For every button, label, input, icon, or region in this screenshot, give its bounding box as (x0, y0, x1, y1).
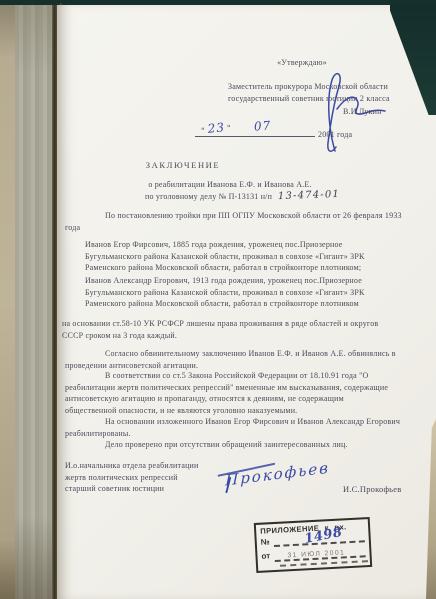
stamp-date-line-2 (280, 560, 368, 567)
stamp-number-label: № (261, 537, 270, 546)
paragraph-sentence: на основании ст.58-10 УК РСФСР лишены пр… (62, 318, 436, 341)
book-edge-tan (0, 5, 15, 599)
paragraph-person-2: Иванов Александр Егорович, 1913 года рож… (85, 275, 405, 310)
document-title: ЗАКЛЮЧЕНИЕ (103, 160, 263, 172)
book-edge-pages (15, 5, 52, 599)
handwritten-day: 23 (200, 119, 232, 136)
signoff-name: И.С.Прокофьев (343, 484, 436, 496)
title-case-line: по уголовному делу № П-13131 н/п13-474-0… (145, 191, 425, 203)
paragraph-law: В соответствии со ст.5 Закона Российской… (65, 370, 436, 416)
incoming-stamp: ПРИЛОЖЕНИЕ к вх. № 1498 от 31 ИЮЛ 2001 (254, 517, 372, 573)
document-page: «Утверждаю» Заместитель прокурора Москов… (57, 5, 436, 599)
approver-name: В.И.Лукин (343, 106, 423, 118)
paragraph-case-checked: Дело проверено при отсутствии обращений … (65, 439, 436, 451)
paragraph-accusation: Согласно обвинительному заключению Ивано… (65, 348, 435, 371)
handwritten-case-number: 13-474-01 (278, 189, 340, 203)
scanned-document: «Утверждаю» Заместитель прокурора Москов… (0, 0, 436, 599)
title-subject: о реабилитации Иванова Е.Ф. и Иванова А.… (117, 179, 343, 191)
paragraph-rehabilitated: На основании изложенного Иванов Егор Фир… (65, 416, 436, 439)
case-line-typed: по уголовному делу № П-13131 н/п (145, 192, 272, 201)
paragraph-person-1: Иванов Егор Фирсович, 1885 года рождения… (85, 239, 405, 274)
stamp-date-label: от (261, 551, 270, 560)
approval-year: 2001 года (318, 129, 388, 141)
paragraph-resolution: По постановлению тройки при ПП ОГПУ Моск… (65, 210, 435, 233)
handwritten-month: 07 (254, 118, 272, 133)
